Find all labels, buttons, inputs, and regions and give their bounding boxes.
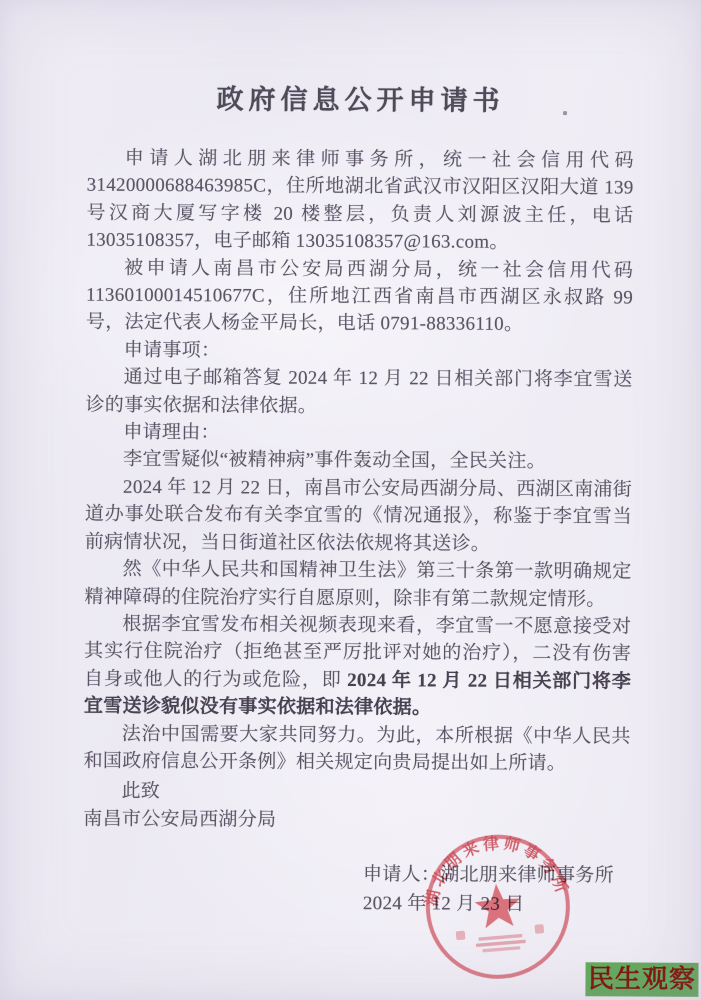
paragraph-reason-1: 李宜雪疑似“被精神病”事件轰动全国，全民关注。 <box>85 446 632 476</box>
paragraph-request: 通过电子邮箱答复 2024 年 12 月 22 日相关部门将李宜雪送诊的事实依据… <box>85 364 632 422</box>
paragraph-reason-2: 2024 年 12 月 22 日，南昌市公安局西湖分局、西湖区南浦街道办事处联合… <box>85 473 632 558</box>
paragraph-respondent: 被申请人南昌市公安局西湖分局，统一社会信用代码11360100014510677… <box>86 254 633 339</box>
document-content: 政府信息公开申请书 申请人湖北朋来律师事务所，统一社会信用代码314200006… <box>0 0 701 1000</box>
request-items-label: 申请事项： <box>86 336 633 366</box>
official-seal: 湖北朋来律师事务所 <box>417 826 579 988</box>
page-title: 政府信息公开申请书 <box>87 77 634 119</box>
seal-microtext <box>456 924 546 954</box>
ink-speck <box>563 111 567 115</box>
closing-salute: 此致 <box>121 778 276 806</box>
paragraph-applicant: 申请人湖北朋来律师事务所，统一社会信用代码31420000688463985C，… <box>86 145 634 257</box>
request-reason-label: 申请理由： <box>85 419 632 449</box>
paragraph-closing: 法治中国需要大家共同努力。为此，本所根据《中华人民共和国政府信息公开条例》相关规… <box>84 720 631 778</box>
paragraph-reason-3: 然《中华人民共和国精神卫生法》第三十条第一款明确规定精神障碍的住院治疗实行自愿原… <box>84 556 631 614</box>
seal-star-icon <box>473 882 522 929</box>
closing-addressee: 南昌市公安局西湖分局 <box>83 805 276 834</box>
paragraph-reason-4: 根据李宜雪发布相关视频表现来看，李宜雪一不愿意接受对其实行住院治疗（拒绝甚至严厉… <box>84 611 632 723</box>
watermark-text: 民生观察 <box>588 966 696 993</box>
watermark-banner: 民生观察 <box>585 962 698 997</box>
document-body: 申请人湖北朋来律师事务所，统一社会信用代码31420000688463985C，… <box>84 145 634 778</box>
document-photo: 政府信息公开申请书 申请人湖北朋来律师事务所，统一社会信用代码314200006… <box>0 0 701 1000</box>
closing-block: 此致 南昌市公安局西湖分局 <box>83 778 276 834</box>
